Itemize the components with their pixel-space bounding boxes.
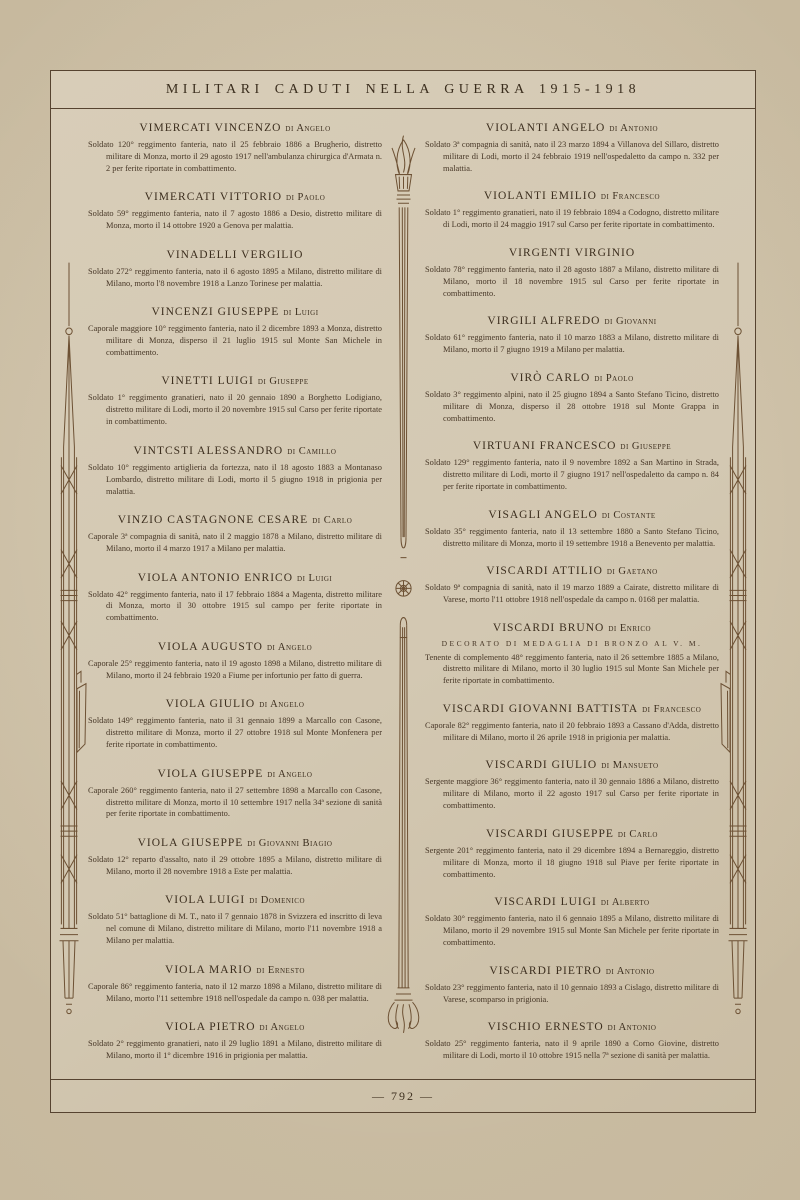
patronymic: di Ernesto xyxy=(256,965,305,976)
fallen-soldier-name: VISCARDI ATTILIO xyxy=(486,565,603,577)
entry-text: Soldato 129° reggimento fanteria, nato i… xyxy=(425,457,719,493)
patronymic: di Angelo xyxy=(260,1022,305,1033)
entry-heading: VIRTUANI FRANCESCOdi Giuseppe xyxy=(425,440,719,452)
memorial-entry: VIRÒ CARLOdi Paolo Soldato 3° reggimento… xyxy=(425,372,719,425)
entry-text: Soldato 42° reggimento fanteria, nato il… xyxy=(88,589,382,625)
patronymic: di Luigi xyxy=(297,573,332,584)
memorial-entry: VIOLANTI EMILIOdi Francesco Soldato 1° r… xyxy=(425,190,719,231)
entry-text: Caporale 3ª compagnia di sanità, nato il… xyxy=(88,531,382,555)
entry-heading: VISCARDI GIUSEPPEdi Carlo xyxy=(425,828,719,840)
entry-text: Soldato 9ª compagnia di sanità, nato il … xyxy=(425,582,719,606)
entry-text: Soldato 25° reggimento fanteria, nato il… xyxy=(425,1038,719,1062)
fallen-soldier-name: VISCARDI BRUNO xyxy=(493,622,604,634)
memorial-entry: VISCARDI GIOVANNI BATTISTAdi Francesco C… xyxy=(425,703,719,744)
decoration-line: DECORATO DI MEDAGLIA DI BRONZO AL V. M. xyxy=(425,639,719,648)
memorial-entry: VISCARDI GIULIOdi Mansueto Sergente magg… xyxy=(425,759,719,812)
page-header: MILITARI CADUTI NELLA GUERRA 1915-1918 xyxy=(51,71,755,109)
entry-heading: VINCENZI GIUSEPPEdi Luigi xyxy=(88,306,382,318)
entry-heading: VIOLA GIUSEPPEdi Angelo xyxy=(88,768,382,780)
memorial-entry: VINCENZI GIUSEPPEdi Luigi Caporale maggi… xyxy=(88,306,382,359)
fallen-soldier-name: VISCARDI GIULIO xyxy=(485,759,597,771)
entry-text: Soldato 12° reparto d'assalto, nato il 2… xyxy=(88,854,382,878)
entry-text: Soldato 272° reggimento fanteria, nato i… xyxy=(88,266,382,290)
entry-heading: VIOLANTI ANGELOdi Antonio xyxy=(425,122,719,134)
entry-text: Soldato 78° reggimento fanteria, nato il… xyxy=(425,264,719,300)
entry-heading: VISCARDI ATTILIOdi Gaetano xyxy=(425,565,719,577)
patronymic: di Carlo xyxy=(618,829,658,840)
patronymic: di Antonio xyxy=(609,123,658,134)
entry-text: Soldato 30° reggimento fanteria, nato il… xyxy=(425,913,719,949)
memorial-entry: VISCARDI GIUSEPPEdi Carlo Sergente 201° … xyxy=(425,828,719,881)
patronymic: di Giovanni Biagio xyxy=(247,838,332,849)
entry-heading: VIOLANTI EMILIOdi Francesco xyxy=(425,190,719,202)
patronymic: di Luigi xyxy=(283,307,318,318)
patronymic: di Giuseppe xyxy=(620,441,671,452)
memorial-entry: VIOLA GIUSEPPEdi Giovanni Biagio Soldato… xyxy=(88,837,382,878)
entry-heading: VIMERCATI VINCENZOdi Angelo xyxy=(88,122,382,134)
patronymic: di Francesco xyxy=(642,704,701,715)
memorial-entry: VINADELLI VERGILIO Soldato 272° reggimen… xyxy=(88,249,382,290)
entry-heading: VIRGILI ALFREDOdi Giovanni xyxy=(425,315,719,327)
entry-text: Soldato 3ª compagnia di sanità, nato il … xyxy=(425,139,719,175)
patronymic: di Mansueto xyxy=(601,760,658,771)
fallen-soldier-name: VISCARDI PIETRO xyxy=(489,965,601,977)
entry-heading: VINZIO CASTAGNONE CESAREdi Carlo xyxy=(88,514,382,526)
patronymic: di Giovanni xyxy=(604,316,656,327)
patronymic: di Paolo xyxy=(286,192,325,203)
entry-heading: VIOLA ANTONIO ENRICOdi Luigi xyxy=(88,572,382,584)
fallen-soldier-name: VIOLANTI ANGELO xyxy=(486,122,605,134)
fallen-soldier-name: VISCARDI LUIGI xyxy=(494,896,596,908)
entry-heading: VISAGLI ANGELOdi Costante xyxy=(425,509,719,521)
memorial-entry: VIRTUANI FRANCESCOdi Giuseppe Soldato 12… xyxy=(425,440,719,493)
entry-heading: VINADELLI VERGILIO xyxy=(88,249,382,261)
memorial-entry: VIOLA ANTONIO ENRICOdi Luigi Soldato 42°… xyxy=(88,572,382,625)
fallen-soldier-name: VINADELLI VERGILIO xyxy=(167,249,304,261)
entry-text: Soldato 1° reggimento granatieri, nato i… xyxy=(88,392,382,428)
memorial-entry: VINETTI LUIGIdi Giuseppe Soldato 1° regg… xyxy=(88,375,382,428)
patronymic: di Angelo xyxy=(267,642,312,653)
entry-text: Soldato 120° reggimento fanteria, nato i… xyxy=(88,139,382,175)
entry-text: Caporale 82° reggimento fanteria, nato i… xyxy=(425,720,719,744)
fallen-soldier-name: VIRGENTI VIRGINIO xyxy=(509,247,635,259)
entry-text: Caporale maggiore 10° reggimento fanteri… xyxy=(88,323,382,359)
entry-heading: VIRGENTI VIRGINIO xyxy=(425,247,719,259)
entry-text: Soldato 51° battaglione di M. T., nato i… xyxy=(88,911,382,947)
entry-text: Soldato 59° reggimento fanteria, nato il… xyxy=(88,208,382,232)
entry-heading: VINTCSTI ALESSANDROdi Camillo xyxy=(88,445,382,457)
fasces-ornament-left-icon xyxy=(51,109,87,1079)
memorial-entry: VIOLA LUIGIdi Domenico Soldato 51° batta… xyxy=(88,894,382,947)
entry-text: Soldato 35° reggimento fanteria, nato il… xyxy=(425,526,719,550)
fallen-soldier-name: VIOLA PIETRO xyxy=(165,1021,255,1033)
entry-heading: VISCHIO ERNESTOdi Antonio xyxy=(425,1021,719,1033)
fallen-soldier-name: VIRÒ CARLO xyxy=(510,372,590,384)
memorial-entry: VINZIO CASTAGNONE CESAREdi Carlo Caporal… xyxy=(88,514,382,555)
patronymic: di Gaetano xyxy=(607,566,658,577)
patronymic: di Angelo xyxy=(259,699,304,710)
entry-text: Soldato 10° reggimento artiglieria da fo… xyxy=(88,462,382,498)
entry-heading: VIOLA LUIGIdi Domenico xyxy=(88,894,382,906)
fallen-soldier-name: VIOLA GIUSEPPE xyxy=(158,768,264,780)
entry-heading: VISCARDI LUIGIdi Alberto xyxy=(425,896,719,908)
entry-heading: VIOLA MARIOdi Ernesto xyxy=(88,964,382,976)
fallen-soldier-name: VISCHIO ERNESTO xyxy=(488,1021,604,1033)
patronymic: di Giuseppe xyxy=(258,376,309,387)
memorial-entry: VISCHIO ERNESTOdi Antonio Soldato 25° re… xyxy=(425,1021,719,1062)
patronymic: di Domenico xyxy=(249,895,305,906)
entry-text: Soldato 61° reggimento fanteria, nato il… xyxy=(425,332,719,356)
entry-text: Soldato 3° reggimento alpini, nato il 25… xyxy=(425,389,719,425)
entry-text: Soldato 1° reggimento granatieri, nato i… xyxy=(425,207,719,231)
torch-column-divider-icon xyxy=(383,109,424,1079)
fallen-soldier-name: VISCARDI GIOVANNI BATTISTA xyxy=(443,703,638,715)
memorial-entry: VISCARDI ATTILIOdi Gaetano Soldato 9ª co… xyxy=(425,565,719,606)
memorial-entry: VIOLA AUGUSTOdi Angelo Caporale 25° regg… xyxy=(88,641,382,682)
entry-text: Caporale 25° reggimento fanteria, nato i… xyxy=(88,658,382,682)
fallen-soldier-name: VINCENZI GIUSEPPE xyxy=(151,306,279,318)
entry-heading: VIOLA GIUSEPPEdi Giovanni Biagio xyxy=(88,837,382,849)
entry-text: Sergente maggiore 36° reggimento fanteri… xyxy=(425,776,719,812)
fallen-soldier-name: VIOLA MARIO xyxy=(165,964,252,976)
fallen-soldier-name: VIMERCATI VINCENZO xyxy=(139,122,281,134)
entry-text: Soldato 23° reggimento fanteria, nato il… xyxy=(425,982,719,1006)
memorial-entry: VIRGILI ALFREDOdi Giovanni Soldato 61° r… xyxy=(425,315,719,356)
scanned-page-photo: MILITARI CADUTI NELLA GUERRA 1915-1918 V… xyxy=(0,0,800,1200)
patronymic: di Enrico xyxy=(608,623,651,634)
entry-text: Sergente 201° reggimento fanteria, nato … xyxy=(425,845,719,881)
entry-heading: VISCARDI BRUNOdi Enrico xyxy=(425,622,719,634)
patronymic: di Costante xyxy=(602,510,656,521)
patronymic: di Alberto xyxy=(601,897,650,908)
fallen-soldier-name: VISAGLI ANGELO xyxy=(488,509,598,521)
memorial-entry: VIOLA MARIOdi Ernesto Caporale 86° reggi… xyxy=(88,964,382,1005)
memorial-entry: VIOLANTI ANGELOdi Antonio Soldato 3ª com… xyxy=(425,122,719,175)
entry-heading: VIRÒ CARLOdi Paolo xyxy=(425,372,719,384)
patronymic: di Francesco xyxy=(601,191,660,202)
fallen-soldier-name: VIOLA LUIGI xyxy=(165,894,245,906)
entry-heading: VINETTI LUIGIdi Giuseppe xyxy=(88,375,382,387)
entry-heading: VIOLA AUGUSTOdi Angelo xyxy=(88,641,382,653)
fallen-soldier-name: VIOLA GIULIO xyxy=(166,698,256,710)
fallen-soldier-name: VINTCSTI ALESSANDRO xyxy=(134,445,284,457)
fallen-soldier-name: VIMERCATI VITTORIO xyxy=(145,191,282,203)
patronymic: di Paolo xyxy=(594,373,633,384)
entry-heading: VISCARDI PIETROdi Antonio xyxy=(425,965,719,977)
fallen-soldier-name: VIOLA GIUSEPPE xyxy=(138,837,244,849)
patronymic: di Camillo xyxy=(287,446,336,457)
patronymic: di Angelo xyxy=(267,769,312,780)
page-title: MILITARI CADUTI NELLA GUERRA 1915-1918 xyxy=(166,82,640,98)
memorial-entry: VIOLA GIUSEPPEdi Angelo Caporale 260° re… xyxy=(88,768,382,821)
entry-heading: VIOLA PIETROdi Angelo xyxy=(88,1021,382,1033)
memorial-entry: VIMERCATI VITTORIOdi Paolo Soldato 59° r… xyxy=(88,191,382,232)
memorial-entry: VIMERCATI VINCENZOdi Angelo Soldato 120°… xyxy=(88,122,382,175)
book-page: MILITARI CADUTI NELLA GUERRA 1915-1918 V… xyxy=(50,70,756,1113)
patronymic: di Angelo xyxy=(285,123,330,134)
entry-heading: VIMERCATI VITTORIOdi Paolo xyxy=(88,191,382,203)
fallen-soldier-name: VIRGILI ALFREDO xyxy=(487,315,600,327)
entry-text: Soldato 149° reggimento fanteria, nato i… xyxy=(88,715,382,751)
memorial-entry: VISCARDI LUIGIdi Alberto Soldato 30° reg… xyxy=(425,896,719,949)
memorial-entry: VINTCSTI ALESSANDROdi Camillo Soldato 10… xyxy=(88,445,382,498)
memorial-entry: VISAGLI ANGELOdi Costante Soldato 35° re… xyxy=(425,509,719,550)
fallen-soldier-name: VINZIO CASTAGNONE CESARE xyxy=(118,514,308,526)
content-area: VIMERCATI VINCENZOdi Angelo Soldato 120°… xyxy=(51,109,755,1079)
entry-text: Caporale 86° reggimento fanteria, nato i… xyxy=(88,981,382,1005)
memorial-entry: VISCARDI PIETROdi Antonio Soldato 23° re… xyxy=(425,965,719,1006)
fallen-soldier-name: VIRTUANI FRANCESCO xyxy=(473,440,617,452)
entry-heading: VISCARDI GIULIOdi Mansueto xyxy=(425,759,719,771)
entry-text: Caporale 260° reggimento fanteria, nato … xyxy=(88,785,382,821)
entry-text: Tenente di complemento 48° reggimento fa… xyxy=(425,652,719,688)
fasces-ornament-right-icon xyxy=(720,109,756,1079)
column-right: VIOLANTI ANGELOdi Antonio Soldato 3ª com… xyxy=(424,109,720,1079)
memorial-entry: VISCARDI BRUNOdi Enrico DECORATO DI MEDA… xyxy=(425,622,719,688)
memorial-entry: VIRGENTI VIRGINIO Soldato 78° reggimento… xyxy=(425,247,719,300)
patronymic: di Antonio xyxy=(606,966,655,977)
fallen-soldier-name: VIOLA AUGUSTO xyxy=(158,641,263,653)
fallen-soldier-name: VIOLA ANTONIO ENRICO xyxy=(138,572,293,584)
fallen-soldier-name: VINETTI LUIGI xyxy=(161,375,254,387)
page-number: — 792 — xyxy=(372,1089,434,1104)
entry-text: Soldato 2° reggimento granatieri, nato i… xyxy=(88,1038,382,1062)
memorial-entry: VIOLA GIULIOdi Angelo Soldato 149° reggi… xyxy=(88,698,382,751)
entry-heading: VISCARDI GIOVANNI BATTISTAdi Francesco xyxy=(425,703,719,715)
memorial-entry: VIOLA PIETROdi Angelo Soldato 2° reggime… xyxy=(88,1021,382,1062)
patronymic: di Antonio xyxy=(608,1022,657,1033)
page-footer: — 792 — xyxy=(51,1079,755,1112)
entry-heading: VIOLA GIULIOdi Angelo xyxy=(88,698,382,710)
column-left: VIMERCATI VINCENZOdi Angelo Soldato 120°… xyxy=(87,109,383,1079)
fallen-soldier-name: VIOLANTI EMILIO xyxy=(484,190,597,202)
fallen-soldier-name: VISCARDI GIUSEPPE xyxy=(486,828,614,840)
patronymic: di Carlo xyxy=(312,515,352,526)
